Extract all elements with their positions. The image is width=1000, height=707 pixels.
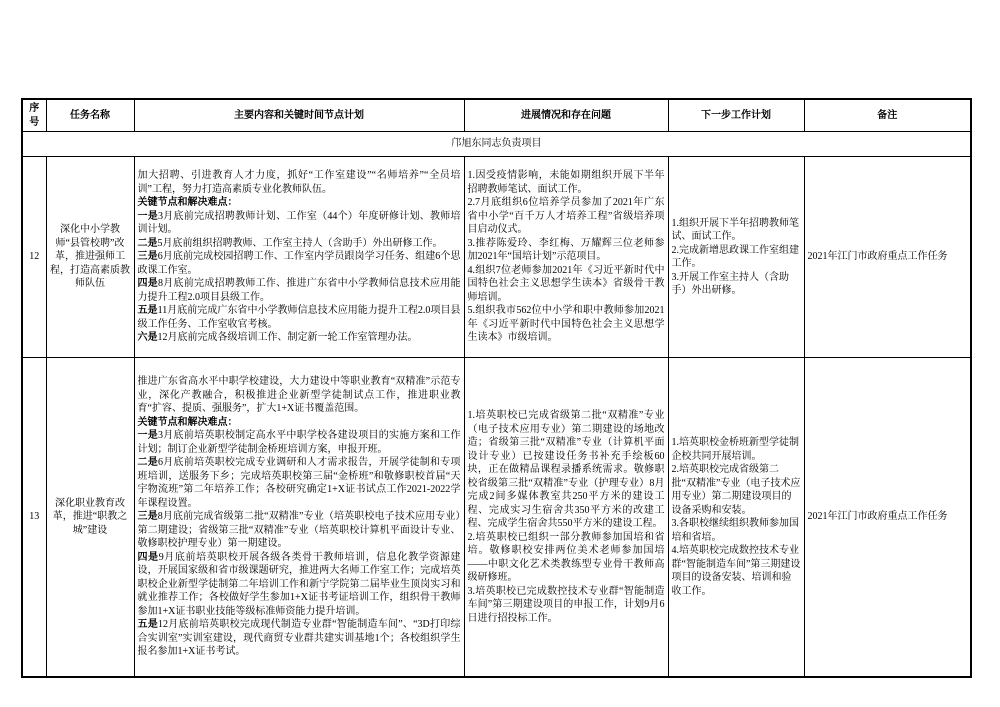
plan-key-heading: 关键节点和解决难点： bbox=[138, 196, 461, 210]
plan-item-text: 3月底前完成招聘教师计划、工作室（44个）年度研修计划、教师培训计划。 bbox=[138, 211, 461, 236]
table-header-row: 序号 任务名称 主要内容和关键时间节点计划 进展情况和存在问题 下一步工作计划 … bbox=[22, 99, 971, 132]
plan-item-marker: 五是 bbox=[138, 619, 158, 630]
plan-item-marker: 一是 bbox=[138, 430, 159, 441]
plan-item: 四是9月底前培英职校开展各级各类骨干教师培训，信息化教学资源建设，开展国家级和省… bbox=[138, 551, 461, 619]
row-task-name: 深化职业教育改革，推进“职教之城”建设 bbox=[46, 358, 134, 678]
row-remark: 2021年江门市政府重点工作任务 bbox=[804, 157, 971, 358]
progress-item: 3.培英职校已完成数控技术专业群“智能制造车间”第三期建设项目的申报工作，计划9… bbox=[468, 585, 665, 626]
plan-item: 三是6月底前完成校园招聘工作、工作室内学员跟岗学习任务、组建6个思政课工作室。 bbox=[138, 250, 461, 277]
header-main-content: 主要内容和关键时间节点计划 bbox=[134, 99, 464, 132]
plan-items: 一是3月底前完成招聘教师计划、工作室（44个）年度研修计划、教师培训计划。二是5… bbox=[138, 210, 461, 345]
plan-item: 四是8月底前完成招聘教师工作、推进广东省中小学教师信息技术应用能力提升工程2.0… bbox=[138, 277, 461, 304]
plan-item: 三是8月底前完成省级第二批“双精准”专业（培英职校电子技术应用专业）第二期建设；… bbox=[138, 510, 461, 551]
plan-item-marker: 一是 bbox=[138, 211, 159, 222]
header-task-name: 任务名称 bbox=[46, 99, 134, 132]
progress-items: 1.培英职校已完成省级第二批“双精准”专业（电子技术应用专业）第二期建设的场地改… bbox=[468, 409, 665, 625]
section-title: 邝旭东同志负责项目 bbox=[22, 132, 971, 157]
row-next-steps-cell: 1.培英职校金桥班新型学徒制企校共同开展培训。2.培英职校完成省级第二批“双精准… bbox=[668, 358, 804, 678]
plan-item-marker: 六是 bbox=[138, 332, 158, 343]
table-row: 12 深化中小学教师“县管校聘”改革，推进强师工程，打造高素质教师队伍 加大招聘… bbox=[22, 157, 971, 358]
row-task-name: 深化中小学教师“县管校聘”改革，推进强师工程，打造高素质教师队伍 bbox=[46, 157, 134, 358]
row-plan-cell: 推进广东省高水平中职学校建设，大力建设中等职业教育“双精准”示范专业，深化产教融… bbox=[134, 358, 464, 678]
plan-item-marker: 二是 bbox=[138, 457, 159, 468]
work-plan-table: 序号 任务名称 主要内容和关键时间节点计划 进展情况和存在问题 下一步工作计划 … bbox=[21, 98, 972, 678]
row-progress-cell: 1.因受疫情影响，未能如期组织开展下半年招聘教师笔试、面试工作。2.7月底组织6… bbox=[464, 157, 668, 358]
plan-item-text: 8月底前完成招聘教师工作、推进广东省中小学教师信息技术应用能力提升工程2.0项目… bbox=[138, 278, 461, 303]
row-serial-number: 13 bbox=[22, 358, 46, 678]
plan-item-text: 8月底前完成省级第二批“双精准”专业（培英职校电子技术应用专业）第二期建设；省级… bbox=[138, 511, 461, 549]
row-plan-cell: 加大招聘、引进教育人才力度，抓好“工作室建设”“名师培养”“全员培训”工程，努力… bbox=[134, 157, 464, 358]
plan-item-text: 3月底前培英职校制定高水平中职学校各建设项目的实施方案和工作计划；制订企业新型学… bbox=[138, 430, 461, 455]
next-step-items: 1.培英职校金桥班新型学徒制企校共同开展培训。2.培英职校完成省级第二批“双精准… bbox=[672, 436, 801, 598]
progress-item: 1.因受疫情影响，未能如期组织开展下半年招聘教师笔试、面试工作。 bbox=[468, 169, 665, 196]
next-step-item: 4.培英职校完成数控技术专业群“智能制造车间”第三期建设项目的设备安装、培训和验… bbox=[672, 544, 801, 598]
plan-item-text: 5月底前组织招聘教师、工作室主持人（含助手）外出研修工作。 bbox=[158, 238, 443, 249]
progress-item: 3.推荐陈爱玲、李红梅、万耀辉三位老师参加2021年“国培计划”示范项目。 bbox=[468, 237, 665, 264]
plan-item: 二是6月底前培英职校完成专业调研和人才需求报告，开展学徒制和专项班培训，送服务下… bbox=[138, 456, 461, 510]
next-step-item: 2.培英职校完成省级第二批“双精准”专业（电子技术应用专业）第二期建设项目的设备… bbox=[672, 463, 801, 517]
plan-item-marker: 五是 bbox=[138, 305, 158, 316]
progress-item: 1.培英职校已完成省级第二批“双精准”专业（电子技术应用专业）第二期建设的场地改… bbox=[468, 409, 665, 531]
progress-item: 5.组织我市562位中小学和职中教师参加2021年《习近平新时代中国特色社会主义… bbox=[468, 304, 665, 345]
plan-items: 一是3月底前培英职校制定高水平中职学校各建设项目的实施方案和工作计划；制订企业新… bbox=[138, 429, 461, 659]
plan-item: 五是12月底前培英职校完成现代制造专业群“智能制造车间”、“3D打印综合实训室”… bbox=[138, 618, 461, 659]
header-next-steps: 下一步工作计划 bbox=[668, 99, 804, 132]
progress-items: 1.因受疫情影响，未能如期组织开展下半年招聘教师笔试、面试工作。2.7月底组织6… bbox=[468, 169, 665, 345]
plan-item-text: 6月底前培英职校完成专业调研和人才需求报告，开展学徒制和专项班培训，送服务下乡；… bbox=[138, 457, 461, 509]
progress-item: 4.组织7位老师参加2021年《习近平新时代中国特色社会主义思想学生读本》省级骨… bbox=[468, 264, 665, 305]
plan-item: 二是5月底前组织招聘教师、工作室主持人（含助手）外出研修工作。 bbox=[138, 237, 461, 251]
plan-item: 六是12月底前完成各级培训工作、制定新一轮工作室管理办法。 bbox=[138, 331, 461, 345]
plan-item-text: 12月底前培英职校完成现代制造专业群“智能制造车间”、“3D打印综合实训室”实训… bbox=[138, 619, 461, 657]
section-row: 邝旭东同志负责项目 bbox=[22, 132, 971, 157]
plan-intro: 加大招聘、引进教育人才力度，抓好“工作室建设”“名师培养”“全员培训”工程，努力… bbox=[138, 169, 461, 196]
plan-item-marker: 四是 bbox=[138, 552, 159, 563]
next-step-item: 1.组织开展下半年招聘教师笔试、面试工作。 bbox=[672, 217, 801, 244]
plan-item-marker: 二是 bbox=[138, 238, 158, 249]
plan-intro: 推进广东省高水平中职学校建设，大力建设中等职业教育“双精准”示范专业，深化产教融… bbox=[138, 375, 461, 416]
plan-item: 一是3月底前培英职校制定高水平中职学校各建设项目的实施方案和工作计划；制订企业新… bbox=[138, 429, 461, 456]
next-step-items: 1.组织开展下半年招聘教师笔试、面试工作。2.完成新增思政课工作室组建工作。3.… bbox=[672, 217, 801, 298]
progress-item: 2.7月底组织6位培养学员参加了2021年广东省中小学“百千万人才培养工程”省级… bbox=[468, 196, 665, 237]
header-remarks: 备注 bbox=[804, 99, 971, 132]
plan-item-marker: 三是 bbox=[138, 511, 158, 522]
plan-item-text: 12月底前完成各级培训工作、制定新一轮工作室管理办法。 bbox=[158, 332, 418, 343]
next-step-item: 3.各职校继续组织教师参加国培和省培。 bbox=[672, 517, 801, 544]
next-step-item: 2.完成新增思政课工作室组建工作。 bbox=[672, 244, 801, 271]
plan-item: 五是11月底前完成广东省中小学教师信息技术应用能力提升工程2.0项目县级工作任务… bbox=[138, 304, 461, 331]
row-serial-number: 12 bbox=[22, 157, 46, 358]
table-row: 13 深化职业教育改革，推进“职教之城”建设 推进广东省高水平中职学校建设，大力… bbox=[22, 358, 971, 678]
plan-item-marker: 三是 bbox=[138, 251, 158, 262]
next-step-item: 3.开展工作室主持人（含助手）外出研修。 bbox=[672, 271, 801, 298]
plan-item-text: 6月底前完成校园招聘工作、工作室内学员跟岗学习任务、组建6个思政课工作室。 bbox=[138, 251, 461, 276]
plan-item-text: 9月底前培英职校开展各级各类骨干教师培训，信息化教学资源建设，开展国家级和省市级… bbox=[138, 552, 461, 617]
row-remark: 2021年江门市政府重点工作任务 bbox=[804, 358, 971, 678]
plan-item-text: 11月底前完成广东省中小学教师信息技术应用能力提升工程2.0项目县级工作任务、工… bbox=[138, 305, 461, 330]
plan-item: 一是3月底前完成招聘教师计划、工作室（44个）年度研修计划、教师培训计划。 bbox=[138, 210, 461, 237]
row-progress-cell: 1.培英职校已完成省级第二批“双精准”专业（电子技术应用专业）第二期建设的场地改… bbox=[464, 358, 668, 678]
plan-item-marker: 四是 bbox=[138, 278, 159, 289]
plan-key-heading: 关键节点和解决难点： bbox=[138, 416, 461, 430]
row-next-steps-cell: 1.组织开展下半年招聘教师笔试、面试工作。2.完成新增思政课工作室组建工作。3.… bbox=[668, 157, 804, 358]
document-page: 序号 任务名称 主要内容和关键时间节点计划 进展情况和存在问题 下一步工作计划 … bbox=[0, 0, 1000, 707]
next-step-item: 1.培英职校金桥班新型学徒制企校共同开展培训。 bbox=[672, 436, 801, 463]
progress-item: 2.培英职校已组织一部分教师参加国培和省培。敬修职校安排两位美术老师参加国培——… bbox=[468, 531, 665, 585]
header-serial-number: 序号 bbox=[22, 99, 46, 132]
header-progress: 进展情况和存在问题 bbox=[464, 99, 668, 132]
